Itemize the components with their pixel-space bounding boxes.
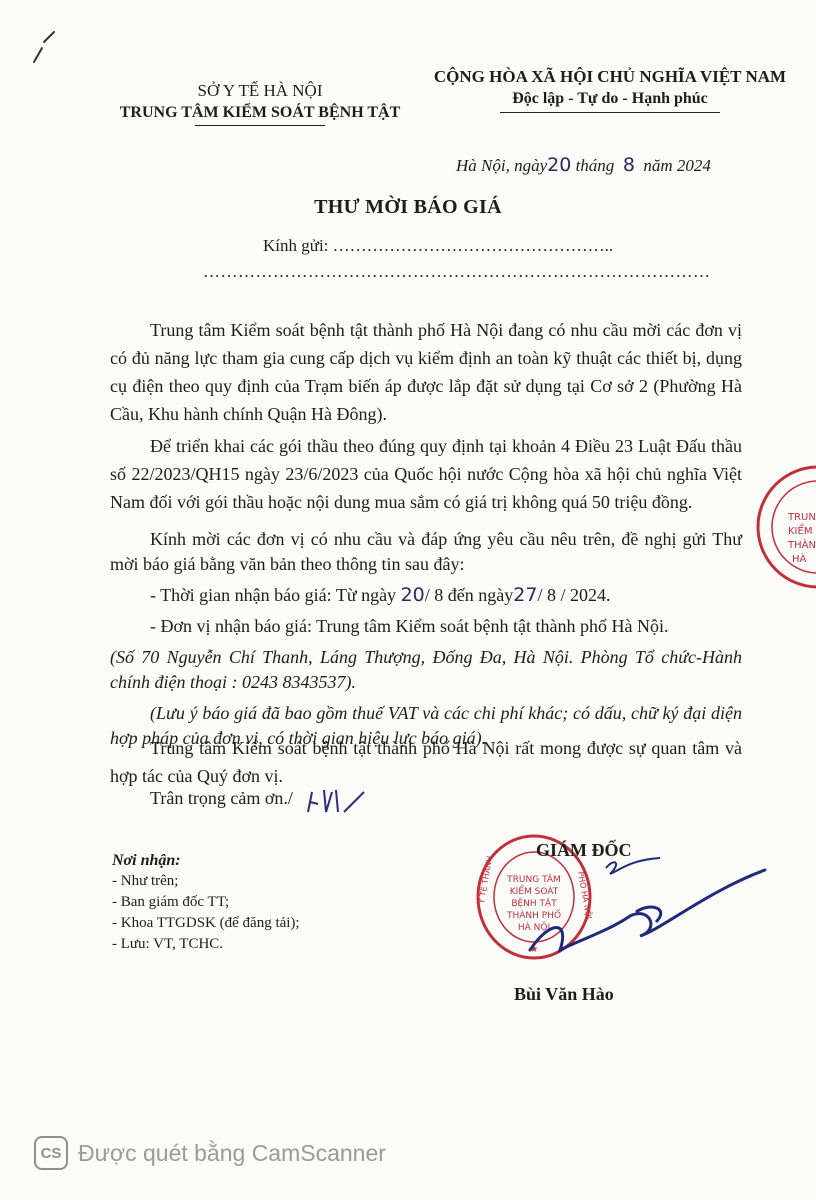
document-title: THƯ MỜI BÁO GIÁ — [0, 196, 816, 219]
motto-rule — [500, 112, 720, 113]
director-signature — [510, 850, 770, 970]
country-name: CỘNG HÒA XÃ HỘI CHỦ NGHĨA VIỆT NAM — [420, 66, 800, 88]
svg-text:Y TẾ THÀNH: Y TẾ THÀNH — [475, 855, 494, 905]
date-line: Hà Nội, ngày20 tháng 8 năm 2024 — [456, 154, 711, 176]
recipient-dots: …………………………………………………………………………… — [203, 262, 711, 282]
paragraph-2: Để triển khai các gói thầu theo đúng quy… — [110, 432, 742, 522]
svg-text:THÀN: THÀN — [787, 538, 816, 551]
side-stamp: TRUN KIỂM THÀN HÀ — [754, 462, 816, 592]
header-rule — [195, 125, 325, 126]
recipient-item: - Khoa TTGDSK (để đăng tải); — [112, 913, 300, 934]
closing-thanks: Trân trọng cảm ơn./ — [150, 788, 293, 809]
svg-text:TRUN: TRUN — [787, 512, 816, 523]
paragraph-1: Trung tâm Kiểm soát bệnh tật thành phố H… — [110, 316, 742, 434]
recipient-item: - Ban giám đốc TT; — [112, 892, 300, 913]
recipient-item: - Lưu: VT, TCHC. — [112, 934, 300, 955]
recipient-item: - Như trên; — [112, 871, 300, 892]
handwritten-day: 20 — [547, 154, 571, 176]
address-line: (Số 70 Nguyễn Chí Thanh, Láng Thượng, Đố… — [110, 645, 742, 695]
paragraph-3: Kính mời các đơn vị có nhu cầu và đáp ứn… — [110, 527, 742, 757]
initials-signature — [304, 786, 374, 816]
agency-header: SỞ Y TẾ HÀ NỘI TRUNG TÂM KIỂM SOÁT BỆNH … — [100, 80, 420, 126]
document-page: SỞ Y TẾ HÀ NỘI TRUNG TÂM KIỂM SOÁT BỆNH … — [0, 0, 816, 1200]
camscanner-text: Được quét bằng CamScanner — [78, 1140, 386, 1167]
recipients-heading: Nơi nhận: — [112, 850, 300, 871]
parent-agency: SỞ Y TẾ HÀ NỘI — [100, 80, 420, 102]
pen-mark — [30, 28, 60, 64]
agency-name: TRUNG TÂM KIỂM SOÁT BỆNH TẬT — [100, 102, 420, 124]
handwritten-month: 8 — [623, 154, 635, 176]
time-line: - Thời gian nhận báo giá: Từ ngày 20/ 8 … — [110, 583, 742, 608]
motto: Độc lập - Tự do - Hạnh phúc — [420, 88, 800, 110]
unit-line: - Đơn vị nhận báo giá: Trung tâm Kiểm so… — [110, 614, 742, 639]
recipients-list: Nơi nhận: - Như trên; - Ban giám đốc TT;… — [112, 850, 300, 955]
camscanner-watermark: CS Được quét bằng CamScanner — [34, 1136, 386, 1170]
national-header: CỘNG HÒA XÃ HỘI CHỦ NGHĨA VIỆT NAM Độc l… — [420, 66, 800, 113]
camscanner-logo-icon: CS — [34, 1136, 68, 1170]
svg-text:KIỂM: KIỂM — [788, 523, 812, 537]
svg-text:HÀ: HÀ — [792, 552, 807, 565]
recipient-line: Kính gửi: ………………………………………….. — [263, 236, 613, 256]
director-name: Bùi Văn Hào — [514, 984, 614, 1005]
paragraph-4: Trung tâm Kiểm soát bệnh tật thành phố H… — [110, 734, 742, 796]
